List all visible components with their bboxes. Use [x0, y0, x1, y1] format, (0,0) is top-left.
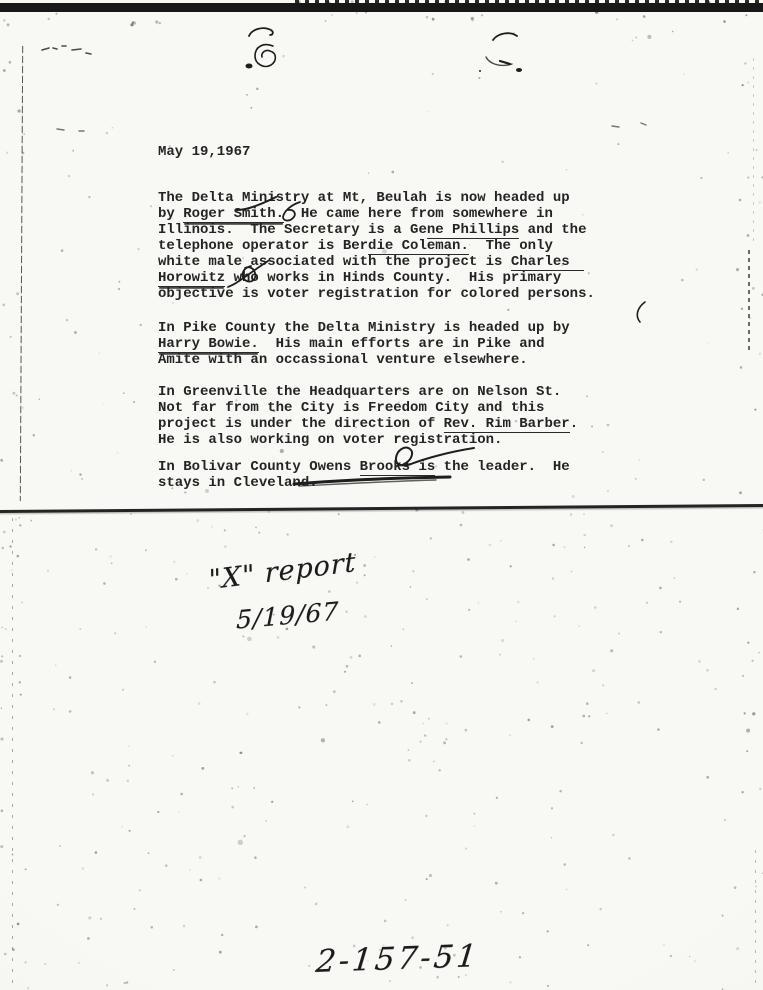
name-harry-bowie: Harry Bowie. [158, 336, 259, 353]
memo-line: In Pike County the Delta Ministry is hea… [158, 320, 570, 336]
text-segment: Illinois. The Secretary is a Ge [158, 222, 427, 238]
text-segment: He came here from somewhere in [284, 206, 553, 222]
memo-date: May 19,1967 [158, 144, 250, 160]
memo-line: In Bolivar County Owens Brooks is the le… [158, 459, 570, 475]
memo-line: objective is voter registration for colo… [158, 286, 595, 302]
memo-line: Amite with an occassional venture elsewh… [158, 352, 570, 368]
name-horowitz: Horowitz [158, 270, 225, 287]
memo-paragraph-2: In Pike County the Delta Ministry is hea… [158, 320, 570, 368]
memo-line: The Delta Ministry at Mt, Beulah is now … [158, 190, 595, 206]
text-segment: Not far from the City is Freedom City an… [158, 400, 544, 416]
name-gene-phillips: ne Phillips [427, 222, 519, 239]
text-segment: He is also working on voter registration… [158, 432, 502, 448]
text-segment: the leader. He [435, 459, 569, 475]
text-segment: by [158, 206, 183, 222]
name-owens-brooks: Brooks is [360, 459, 436, 476]
scan-margin-line-right-upper [753, 58, 754, 243]
scan-margin-line-right-mid [748, 250, 750, 352]
handwritten-file-number: 2-157-51 [314, 938, 481, 980]
memo-line: white male associated with the project i… [158, 254, 595, 270]
pen-paren-mark [637, 302, 645, 322]
text-segment: The Delta Ministry at Mt, Beulah is now … [158, 190, 570, 206]
name-charles: Charles [511, 254, 584, 271]
text-segment: In Bolivar County Owens [158, 459, 360, 475]
scan-curl-mark-left [246, 28, 276, 68]
scanned-memo-page: May 19,1967 The Delta Ministry at Mt, Be… [0, 0, 763, 990]
handwritten-x-report-note: "X" report [208, 547, 356, 596]
name-rev-rim-barber: Rev. Rim Barber [444, 416, 570, 433]
memo-paragraph-4: In Bolivar County Owens Brooks is the le… [158, 459, 570, 491]
text-segment: His main efforts are in Pike and [259, 336, 545, 352]
scan-fold-line [0, 504, 763, 513]
memo-line: Not far from the City is Freedom City an… [158, 400, 578, 416]
text-segment: and the [519, 222, 586, 238]
text-segment: Amite with an occassional venture elsewh… [158, 352, 528, 368]
name-berdie-coleman: die Coleman. [368, 238, 469, 255]
memo-line: Illinois. The Secretary is a Gene Philli… [158, 222, 595, 238]
text-segment: stays in Cleveland. [158, 475, 318, 491]
text-segment: objective is voter registration for colo… [158, 286, 595, 302]
scan-top-band [0, 3, 763, 12]
memo-line: project is under the direction of Rev. R… [158, 416, 578, 432]
memo-paragraph-1: The Delta Ministry at Mt, Beulah is now … [158, 190, 595, 302]
text-segment: who works in Hinds County. His primary [225, 270, 561, 286]
memo-paragraph-3: In Greenville the Headquarters are on Ne… [158, 384, 578, 448]
text-segment: telephone operator is Ber [158, 238, 368, 254]
scan-curl-mark-right [479, 33, 522, 72]
handwritten-marks-overlay [0, 0, 763, 990]
scan-noise-speckles [0, 0, 2, 2]
text-segment: . [570, 416, 578, 432]
scan-margin-line-left-upper [20, 46, 24, 501]
text-segment: project is under the direction of [158, 416, 444, 432]
handwritten-date-note: 5/19/67 [236, 596, 339, 634]
memo-line: stays in Cleveland. [158, 475, 570, 491]
text-segment: white male associated with the project i… [158, 254, 511, 270]
text-segment: In Pike County the Delta Ministry is hea… [158, 320, 570, 336]
pen-scribble-top-left [42, 46, 91, 54]
scan-dash-marks [57, 123, 646, 131]
text-segment: The only [469, 238, 553, 254]
name-roger-smith: Roger Smith. [183, 206, 284, 223]
text-segment: In Greenville the Headquarters are on Ne… [158, 384, 561, 400]
memo-line: Horowitz who works in Hinds County. His … [158, 270, 595, 286]
memo-line: by Roger Smith. He came here from somewh… [158, 206, 595, 222]
memo-line: Harry Bowie. His main efforts are in Pik… [158, 336, 570, 352]
memo-line: telephone operator is Berdie Coleman. Th… [158, 238, 595, 254]
scan-margin-line-left-lower [12, 518, 13, 988]
scan-margin-line-right-lower [755, 850, 756, 990]
memo-line: He is also working on voter registration… [158, 432, 578, 448]
memo-line: In Greenville the Headquarters are on Ne… [158, 384, 578, 400]
